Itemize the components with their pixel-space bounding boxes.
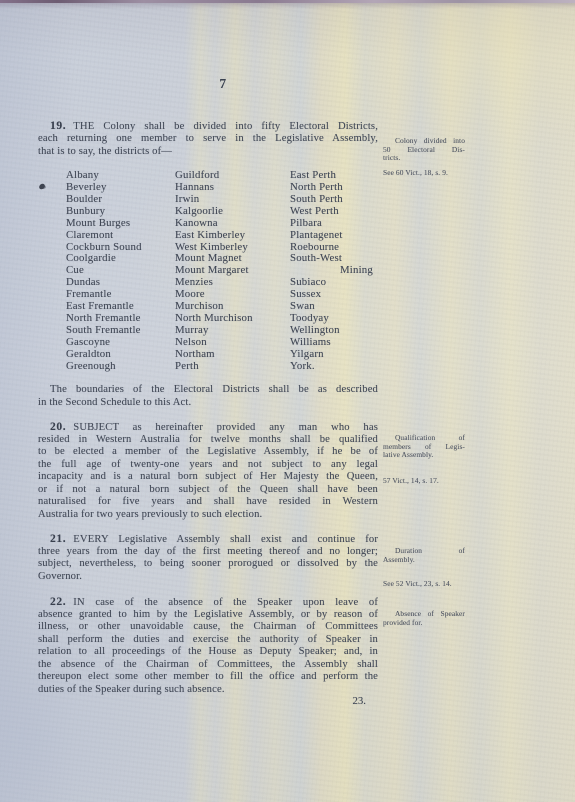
- district-row: GreenoughPerthYork.: [38, 361, 383, 373]
- margin-note-line: Qualification of: [383, 434, 465, 443]
- text-line: resided in Western Australia for twelve …: [38, 434, 378, 447]
- district-list: AlbanyGuildfordEast PerthBeverleyHannans…: [38, 170, 383, 376]
- district-name: East Kimberley: [175, 230, 245, 242]
- district-name: Northam: [175, 349, 215, 361]
- text-line: three years from the day of the first me…: [38, 546, 378, 559]
- district-row: BoulderIrwinSouth Perth: [38, 194, 383, 206]
- text-line: 22.IN case of the absence of the Speaker…: [38, 596, 378, 609]
- text-line: in the Second Schedule to this Act.: [38, 397, 378, 410]
- margin-note-s21: Duration ofAssembly.: [383, 547, 465, 564]
- district-name: Kanowna: [175, 218, 218, 230]
- section-19-paragraph: 19.THE Colony shall be divided into fift…: [38, 119, 378, 159]
- text-line: shall perform the duties and exercise th…: [38, 634, 378, 647]
- district-name: York.: [290, 361, 315, 373]
- margin-note-line: Assembly.: [383, 556, 465, 565]
- district-name: Yilgarn: [290, 349, 324, 361]
- margin-note-line: tricts.: [383, 154, 465, 163]
- district-row: GeraldtonNorthamYilgarn: [38, 349, 383, 361]
- section-number: 20.: [50, 421, 73, 433]
- district-row: Mount BurgesKanownaPilbara: [38, 218, 383, 230]
- margin-note-s19: Colony divided into50 Electoral Dis-tric…: [383, 137, 465, 163]
- text-line: The boundaries of the Electoral District…: [38, 384, 378, 397]
- district-name: Irwin: [175, 194, 199, 206]
- scan-top-edge: [0, 0, 575, 3]
- district-name: Claremont: [66, 230, 113, 242]
- district-name: South-West: [290, 253, 342, 265]
- text-line: naturalised for five years and shall hav…: [38, 496, 378, 509]
- margin-note-line: provided for.: [383, 619, 465, 628]
- margin-note-line: Duration of: [383, 547, 465, 556]
- margin-ref-s20: 57 Vict., 14, s. 17.: [383, 477, 493, 486]
- district-name: South Perth: [290, 194, 343, 206]
- district-name: Perth: [175, 361, 199, 373]
- text-line: each returning one member to serve in th…: [38, 132, 378, 145]
- margin-ref-s19: See 60 Vict., 18, s. 9.: [383, 169, 493, 178]
- text-line: that is to say, the districts of—: [38, 145, 378, 158]
- text-line: absence granted to him by the Legislativ…: [38, 609, 378, 622]
- margin-note-s20: Qualification ofmembers of Legis-lative …: [383, 434, 465, 460]
- district-name: West Perth: [290, 206, 339, 218]
- margin-ref-s21: See 52 Vict., 23, s. 14.: [383, 580, 493, 589]
- margin-note-line: Colony divided into: [383, 137, 465, 146]
- district-name: Bunbury: [66, 206, 105, 218]
- text-line: 20.SUBJECT as hereinafter provided any m…: [38, 421, 378, 434]
- section-number: 22.: [50, 596, 73, 608]
- section-21-paragraph: 21.EVERY Legislative Assembly shall exis…: [38, 533, 378, 583]
- district-name: Greenough: [66, 361, 116, 373]
- text-line: 21.EVERY Legislative Assembly shall exis…: [38, 533, 378, 546]
- text-line: or if not a natural born subject of the …: [38, 484, 378, 497]
- margin-note-line: 50 Electoral Dis-: [383, 146, 465, 155]
- text-line: to be elected a member of the Legislativ…: [38, 446, 378, 459]
- district-row: ClaremontEast KimberleyPlantagenet: [38, 230, 383, 242]
- text-line: Governor.: [38, 571, 378, 584]
- district-name: Kalgoorlie: [175, 206, 223, 218]
- margin-note-s22: Absence of Speakerprovided for.: [383, 610, 465, 627]
- text-line: the absence of the Chairman of Committee…: [38, 659, 378, 672]
- margin-note-line: lative Assembly.: [383, 451, 465, 460]
- boundaries-paragraph: The boundaries of the Electoral District…: [38, 384, 378, 409]
- district-name: Boulder: [66, 194, 102, 206]
- text-line: the full age of twenty-one years and not…: [38, 459, 378, 472]
- district-name: Pilbara: [290, 218, 322, 230]
- district-row: BunburyKalgoorlieWest Perth: [38, 206, 383, 218]
- text-line: relation to all proceedings of the House…: [38, 646, 378, 659]
- text-line: 19.THE Colony shall be divided into fift…: [38, 119, 378, 132]
- page-number: 7: [206, 76, 240, 92]
- section-number: 21.: [50, 533, 73, 545]
- document-page: 7 19.THE Colony shall be divided into fi…: [0, 0, 575, 802]
- margin-note-line: Absence of Speaker: [383, 610, 465, 619]
- margin-note-line: members of Legis-: [383, 443, 465, 452]
- catchword: 23.: [38, 695, 366, 707]
- section-20-paragraph: 20.SUBJECT as hereinafter provided any m…: [38, 421, 378, 521]
- text-line: Australia for two years previously to su…: [38, 509, 378, 522]
- text-line: subject, nevertheless, to being sooner p…: [38, 558, 378, 571]
- text-line: incapacity and is a natural born subject…: [38, 471, 378, 484]
- section-number: 19.: [50, 119, 73, 132]
- district-name: Mount Burges: [66, 218, 130, 230]
- text-line: thereupon elect some other member to fil…: [38, 671, 378, 684]
- section-22-paragraph: 22.IN case of the absence of the Speaker…: [38, 596, 378, 696]
- district-name: Geraldton: [66, 349, 111, 361]
- text-line: illness, or other unavoidable cause, the…: [38, 621, 378, 634]
- district-name: Plantagenet: [290, 230, 343, 242]
